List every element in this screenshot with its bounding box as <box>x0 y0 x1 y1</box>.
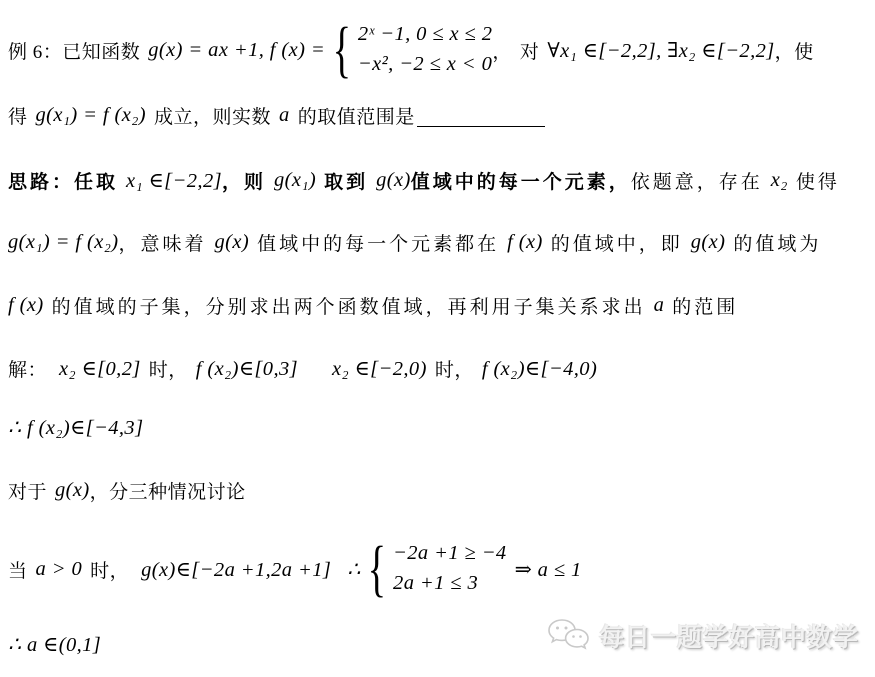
quantifier-math: ∀x₁ ∈[−2,2], ∃x₂ ∈[−2,2] <box>547 38 774 63</box>
inequality-system: −2a +1 ≥ −4 2a +1 ≤ 3 <box>393 541 507 596</box>
solution-line-1: 解： x₂ ∈[0,2] 时， f (x₂)∈[0,3] x₂ ∈[−2,0) … <box>8 346 597 390</box>
idea2-reg-4: 的值域为 <box>733 229 821 256</box>
idea3-reg-2: 的范围 <box>672 292 738 319</box>
idea2-reg-2: 值域中的每一个元素都在 <box>257 229 499 256</box>
line1-tail: ，使 <box>775 37 814 64</box>
idea-math-4: x₂ <box>771 169 788 192</box>
case-intro-post: ，分三种情况讨论 <box>90 477 246 504</box>
idea2-math-4: g(x) <box>691 231 726 254</box>
idea-bold-1: 任取 <box>74 167 118 194</box>
system-brace: { <box>368 540 386 599</box>
chengli-text: 成立，则实数 <box>154 102 271 129</box>
idea2-reg-3: 的值域中，即 <box>551 229 683 256</box>
problem-line-1: 例 6： 已知函数 g(x) = ax +1, f (x) = { 2ˣ −1,… <box>8 10 814 90</box>
case-intro-pre: 对于 <box>8 477 47 504</box>
therefore-symbol: ∴ <box>347 557 360 582</box>
idea-bold-2: ，则 <box>222 167 266 194</box>
sol-text-2: 时， <box>435 355 474 382</box>
range-question-text: 的取值范围是 <box>298 102 415 129</box>
example-label: 例 6： <box>8 37 62 64</box>
inequality-2: 2a +1 ≤ 3 <box>393 571 507 597</box>
piecewise-brace: { <box>333 21 351 80</box>
f-range-conclusion: ∴ f (x₂)∈[−4,3] <box>8 415 143 440</box>
shi-text: 时， <box>90 556 129 583</box>
idea-label: 思路： <box>8 167 74 194</box>
idea-math-1: x₁ ∈[−2,2] <box>126 168 222 193</box>
final-answer-math: ∴ a ∈(0,1] <box>8 632 101 657</box>
problem-line-2: 得 g(x₁) = f (x₂) 成立，则实数 a 的取值范围是 <box>8 95 545 135</box>
final-answer-line: ∴ a ∈(0,1] <box>8 622 101 666</box>
watermark: 每日一题学好高中数学 <box>547 618 859 654</box>
function-definitions: g(x) = ax +1, f (x) = <box>148 39 325 62</box>
wechat-logo-icon <box>547 618 591 654</box>
g-range-math: g(x)∈[−2a +1,2a +1] <box>141 557 331 582</box>
piecewise-cases: 2ˣ −1, 0 ≤ x ≤ 2 −x², −2 ≤ x < 0 <box>358 22 493 77</box>
intro-text: 已知函数 <box>62 37 140 64</box>
sol-math-2: f (x₂)∈[0,3] <box>196 356 298 381</box>
de-text: 得 <box>8 102 28 129</box>
comma: ， <box>492 37 512 64</box>
idea3-reg-1: 的值域的子集，分别求出两个函数值域，再利用子集关系求出 <box>52 292 646 319</box>
implies-result: ⇒ a ≤ 1 <box>515 557 582 582</box>
idea-reg-2: 使得 <box>796 167 840 194</box>
idea2-math-3: f (x) <box>507 231 543 254</box>
idea2-reg-1: ，意味着 <box>119 229 207 256</box>
idea3-math-2: a <box>654 294 665 317</box>
case-intro-math: g(x) <box>55 479 90 502</box>
sol-text-1: 时， <box>149 355 188 382</box>
solution-line-4: 当 a > 0 时， g(x)∈[−2a +1,2a +1] ∴ { −2a +… <box>8 526 582 612</box>
solution-label: 解： <box>8 355 47 382</box>
idea2-math-1: g(x₁) = f (x₂) <box>8 231 119 254</box>
idea-math-3: g(x) <box>376 169 411 192</box>
idea2-math-2: g(x) <box>215 231 250 254</box>
piecewise-case-2: −x², −2 ≤ x < 0 <box>358 52 493 78</box>
sol-math-4: f (x₂)∈[−4,0) <box>482 356 597 381</box>
variable-a: a <box>279 104 290 127</box>
idea-reg-1: 依题意，存在 <box>631 167 763 194</box>
idea-line-2: g(x₁) = f (x₂) ，意味着 g(x) 值域中的每一个元素都在 f (… <box>8 222 821 262</box>
when-text: 当 <box>8 556 28 583</box>
idea3-math-1: f (x) <box>8 294 44 317</box>
answer-blank <box>417 104 545 127</box>
document-page: 例 6： 已知函数 g(x) = ax +1, f (x) = { 2ˣ −1,… <box>0 0 875 677</box>
watermark-text: 每日一题学好高中数学 <box>599 618 859 654</box>
piecewise-case-1: 2ˣ −1, 0 ≤ x ≤ 2 <box>358 22 493 48</box>
solution-line-3: 对于 g(x) ，分三种情况讨论 <box>8 468 246 512</box>
inequality-1: −2a +1 ≥ −4 <box>393 541 507 567</box>
idea-bold-4: 值域中的每一个元素， <box>411 167 631 194</box>
idea-math-2: g(x₁) <box>274 169 316 192</box>
idea-bold-3: 取到 <box>324 167 368 194</box>
dui-text: 对 <box>520 37 540 64</box>
solution-line-2: ∴ f (x₂)∈[−4,3] <box>8 405 143 449</box>
idea-line-3: f (x) 的值域的子集，分别求出两个函数值域，再利用子集关系求出 a 的范围 <box>8 285 738 325</box>
condition-math: a > 0 <box>36 558 83 581</box>
equation-math: g(x₁) = f (x₂) <box>36 104 147 127</box>
sol-math-3: x₂ ∈[−2,0) <box>332 356 427 381</box>
idea-line-1: 思路： 任取 x₁ ∈[−2,2] ，则 g(x₁) 取到 g(x) 值域中的每… <box>8 160 840 200</box>
sol-math-1: x₂ ∈[0,2] <box>59 356 141 381</box>
